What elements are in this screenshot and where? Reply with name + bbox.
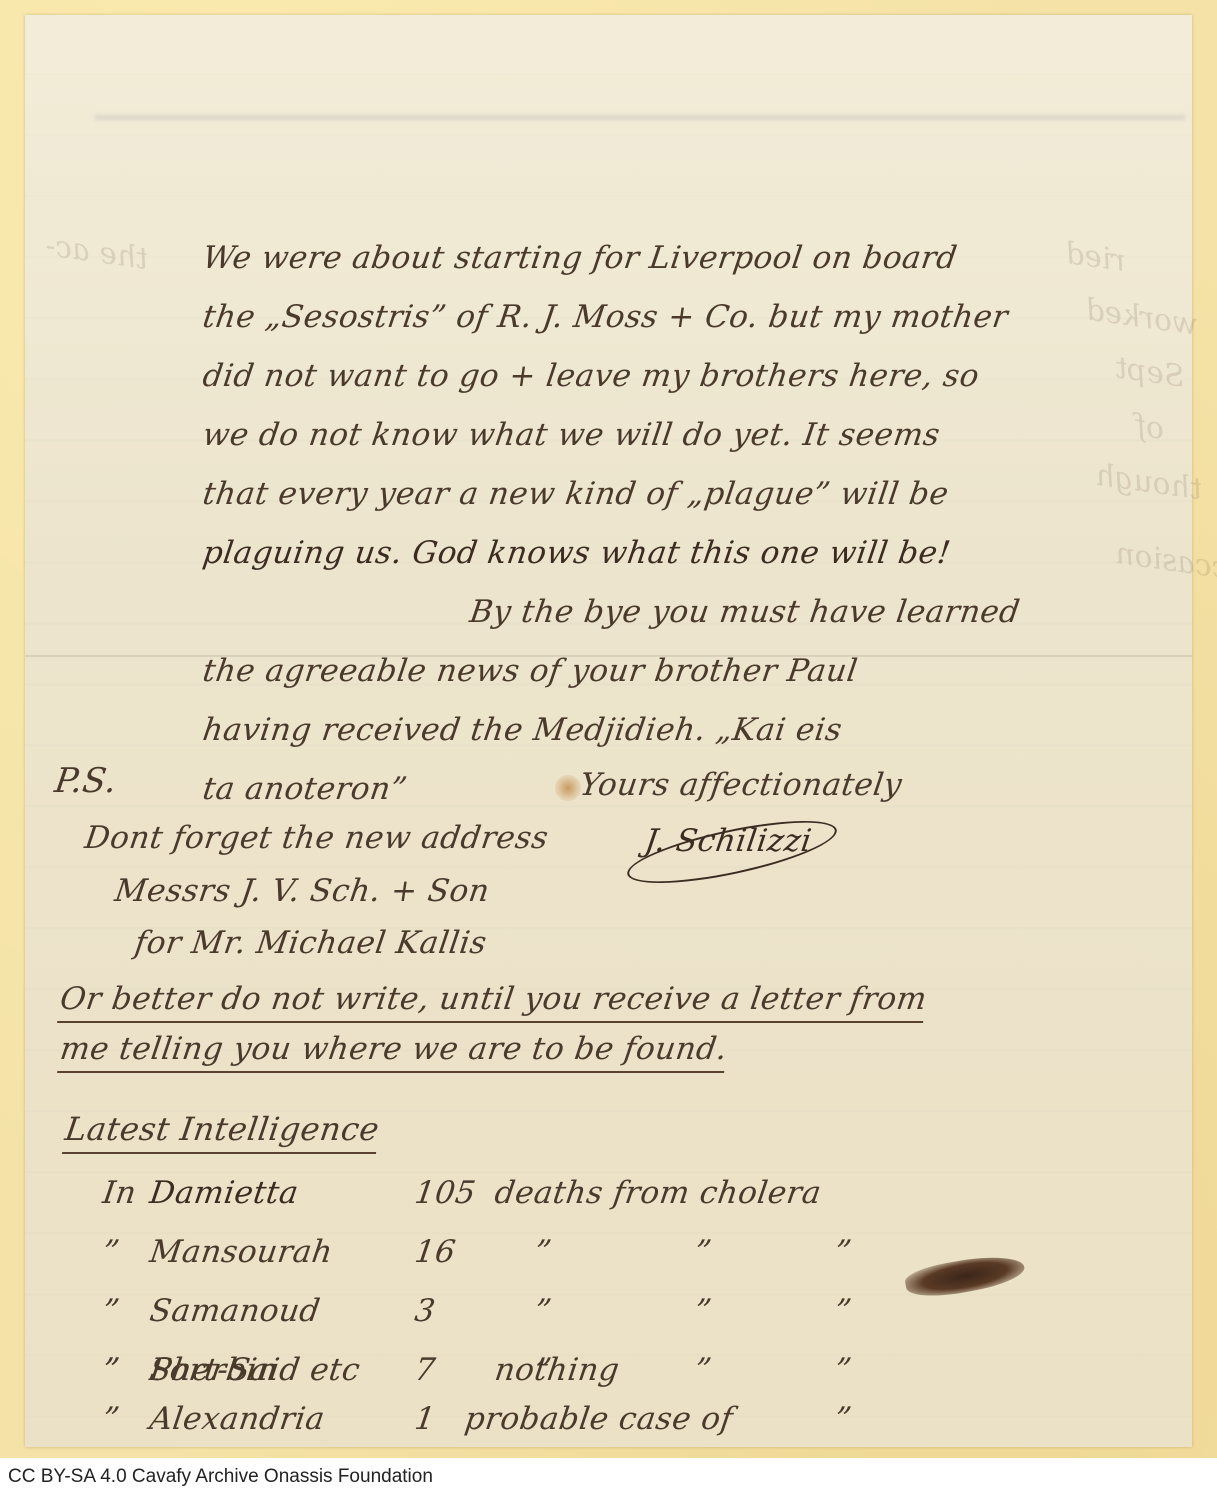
intelligence-row: ” Port-Said etc nothing <box>25 1352 1192 1392</box>
intelligence-row: ” Alexandria 1 probable case of ” <box>25 1401 1192 1441</box>
bleed-through-text: of <box>1133 408 1167 447</box>
row-ditto: ” <box>532 1234 553 1270</box>
row-ditto: ” <box>692 1234 713 1270</box>
row-detail: deaths from cholera <box>492 1175 823 1211</box>
bleed-through-text: Sept <box>1113 350 1187 394</box>
row-prefix: ” <box>100 1401 121 1437</box>
row-count: 105 <box>412 1175 478 1211</box>
row-place: Port-Said etc <box>147 1352 362 1388</box>
row-ditto: ” <box>832 1401 853 1437</box>
postscript-line: Dont forget the new address <box>82 820 550 856</box>
row-place: Samanoud <box>147 1293 322 1329</box>
closing-salutation: Yours affectionately <box>577 767 904 803</box>
ink-stain <box>555 775 581 801</box>
letter-line: the „Sesostris” of R. J. Moss + Co. but … <box>200 299 1010 335</box>
row-ditto: ” <box>532 1293 553 1329</box>
bleed-through-text: though <box>1093 458 1204 508</box>
row-place: Damietta <box>147 1175 300 1211</box>
intelligence-row: In Damietta 105 deaths from cholera <box>25 1175 1192 1215</box>
row-prefix: ” <box>100 1293 121 1329</box>
bleed-through-text: the ac- <box>43 228 150 277</box>
postscript-line: Messrs J. V. Sch. + Son <box>112 873 491 909</box>
letter-line: we do not know what we will do yet. It s… <box>200 417 942 453</box>
row-detail: probable case of <box>462 1401 735 1437</box>
faded-rule <box>95 115 1185 120</box>
row-detail: nothing <box>492 1352 621 1388</box>
bleed-through-text: worked <box>1083 292 1200 342</box>
row-ditto: ” <box>832 1293 853 1329</box>
intelligence-row: ” Samanoud 3 ” ” ” <box>25 1293 1192 1333</box>
letter-line: We were about starting for Liverpool on … <box>200 240 959 276</box>
intelligence-heading: Latest Intelligence <box>62 1110 382 1154</box>
postscript-line: Or better do not write, until you receiv… <box>57 981 929 1023</box>
postscript-line: me telling you where we are to be found. <box>57 1031 730 1073</box>
postscript-line: for Mr. Michael Kallis <box>132 925 489 961</box>
row-ditto: ” <box>832 1234 853 1270</box>
row-ditto: ” <box>692 1293 713 1329</box>
letter-line: plaguing us. God knows what this one wil… <box>200 535 953 571</box>
row-count: 16 <box>412 1234 458 1270</box>
postscript-label: P.S. <box>52 761 119 801</box>
letter-line: the agreeable news of your brother Paul <box>200 653 859 689</box>
row-prefix: In <box>100 1175 138 1211</box>
row-place: Mansourah <box>147 1234 335 1270</box>
row-place: Alexandria <box>147 1401 327 1437</box>
letter-line: By the bye you must have learned <box>467 594 1022 630</box>
letter-line: that every year a new kind of „plague” w… <box>200 476 951 512</box>
license-credit: CC BY-SA 4.0 Cavafy Archive Onassis Foun… <box>8 1466 433 1488</box>
letter-line: did not want to go + leave my brothers h… <box>200 358 981 394</box>
row-count: 1 <box>412 1401 437 1437</box>
row-count: 3 <box>412 1293 437 1329</box>
signature: J. Schilizzi <box>642 823 814 859</box>
letter-line: having received the Medjidieh. „Kai eis <box>200 712 844 748</box>
row-prefix: ” <box>100 1234 121 1270</box>
letter-page: the ac- ried worked Sept of though occas… <box>25 15 1192 1447</box>
letter-line: ta anoteron” <box>200 771 409 807</box>
row-prefix: ” <box>100 1352 121 1388</box>
bleed-through-text: ried <box>1063 236 1128 279</box>
